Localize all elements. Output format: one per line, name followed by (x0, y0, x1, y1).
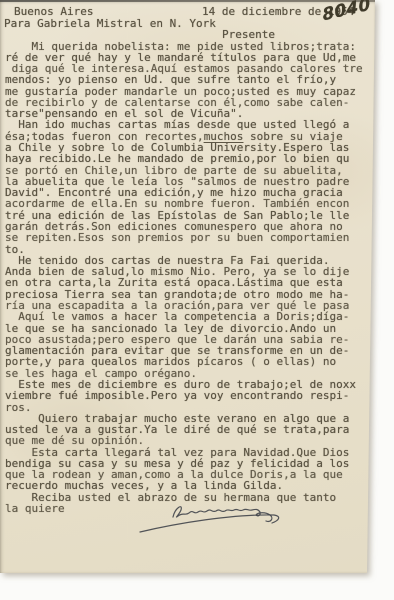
letter-line: Anda bien de salud,lo mismo Nio. Pero, y… (5, 266, 363, 277)
letter-line: diga qué le interesa.Aquí estamos pasand… (5, 63, 363, 74)
scan-background: Buenos Aires 14 de diciembre de 1954 Par… (0, 0, 394, 600)
signature-stroke (173, 507, 272, 522)
letter-line: de recibirlo y de calentarse con él,como… (5, 97, 363, 108)
letter-line: haya recibido.Le he mandado de premio,po… (5, 153, 363, 164)
letter-line: se repiten.Esos son premios por su buen … (5, 232, 363, 243)
letter-line: ros. (5, 402, 363, 413)
letter-line: la abuelita que le leía los "salmos de n… (5, 176, 363, 187)
letter-line: ésa;todas fueron con recortes,muchos sob… (5, 131, 363, 142)
handwritten-archival-number: 8040 (321, 0, 372, 26)
letter-salutation: Presente (222, 29, 275, 40)
letter-line: mendos: yo pienso en Ud. que sufre tanto… (5, 74, 363, 85)
letter-paper-wrap: Buenos Aires 14 de diciembre de 1954 Par… (0, 0, 376, 574)
letter-line: Mi querida nobelista: me pide usted libr… (5, 41, 363, 52)
letter-line: se les haga el campo orégano. (5, 368, 363, 379)
letter-city: Buenos Aires (14, 6, 93, 17)
signature-underline (140, 515, 279, 532)
letter-paper: Buenos Aires 14 de diciembre de 1954 Par… (0, 0, 376, 574)
letter-body: Mi querida nobelista: me pide usted libr… (5, 41, 363, 515)
letter-line: que la rodean y aman,como a la dulce Dor… (5, 469, 363, 480)
letter-line: Aquí le vamos a hacer la competencia a D… (5, 311, 363, 322)
letter-recipient: Para Gabriela Mistral en N. York (4, 18, 216, 29)
letter-line: en otra carta,la Zurita está opaca.Lásti… (5, 277, 363, 288)
letter-line: acordarme de ella.En su nombre fueron. T… (5, 198, 363, 209)
letter-line: viembre fué imposible.Pero ya voy encont… (5, 390, 363, 401)
paper-top-edge (0, 0, 376, 2)
letter-line: Esta carta llegará tal vez para Navidad.… (5, 447, 363, 458)
signature-scrawl (128, 499, 298, 543)
letter-line: poco asustada;pero espero que le darán u… (5, 334, 363, 345)
letter-line: porte,y para quealos maridos pícaros ( o… (5, 356, 363, 367)
letter-line: que me dé su opinión. (5, 435, 363, 446)
underlined-word: muchos (204, 130, 244, 143)
